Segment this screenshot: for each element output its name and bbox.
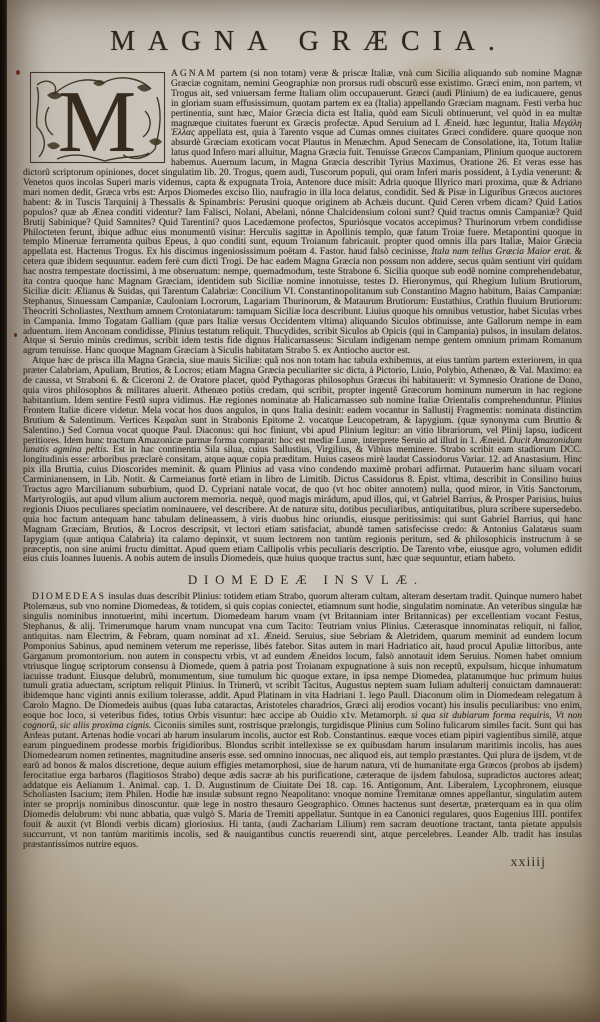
quotation-italic: Itala nam tellus Græcia Maior erat.: [431, 247, 571, 257]
floral-m-icon: M: [29, 71, 166, 164]
body-run: Est in hac continentia Sila silua, cuius…: [23, 445, 582, 564]
ornate-initial-m-woodcut: M: [29, 71, 166, 164]
page-title: MAGNA GRÆCIA.: [23, 27, 582, 57]
opening-capitals: DIOMEDEAS: [32, 592, 106, 602]
edge-speck: [16, 70, 20, 75]
diomedeae-paragraph-1: DIOMEDEAS insulas duas describit Plinius…: [23, 593, 582, 851]
book-photo: MAGNA GRÆCIA.: [0, 0, 600, 1022]
magna-graecia-paragraph-2: Atque hæc de prisca illa Magna Græcia, s…: [23, 357, 582, 565]
svg-text:M: M: [58, 74, 136, 164]
body-run: Atque hæc de prisca illa Magna Græcia, s…: [23, 356, 582, 445]
page-number: xxiiij: [23, 851, 582, 871]
body-run: partem (si non totam) veræ & priscæ Ital…: [171, 69, 582, 129]
body-text: M AGNAM partem (si non totam) veræ & pri…: [23, 70, 582, 565]
body-run: insulas duas describit Plinius: totidem …: [23, 592, 582, 721]
book-page: MAGNA GRÆCIA.: [7, 0, 600, 1022]
opening-capitals: AGNAM: [171, 69, 217, 79]
section-heading-diomedeae: DIOMEDEÆ INSVLÆ.: [23, 573, 582, 587]
diomedeae-body-text: DIOMEDEAS insulas duas describit Plinius…: [23, 593, 582, 851]
edge-speck: [14, 333, 17, 337]
page-content: MAGNA GRÆCIA.: [23, 0, 582, 871]
book-gutter-edge: [0, 0, 7, 1022]
body-run: & cetera quæ ibidem sequuntur. eadem fer…: [23, 247, 582, 356]
paper-stain: [67, 980, 187, 1006]
body-run: Ciconiis similes sunt, rostrisque prælon…: [23, 721, 582, 850]
